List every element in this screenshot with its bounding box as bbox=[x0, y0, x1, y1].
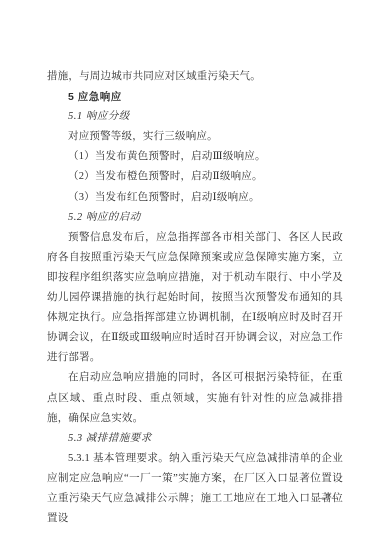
paragraph-continuation: 措施，与周边城市共同应对区域重污染天气。 bbox=[47, 67, 343, 87]
list-item-orange-warning: （2）当发布橙色预警时，启动Ⅱ级响应。 bbox=[47, 167, 343, 187]
paragraph-response-startup: 预警信息发布后，应急指挥部各市相关部门、各区人民政府各自按照重污染天气应急保障预… bbox=[47, 228, 343, 369]
subsection-heading-5-2: 5.2 响应的启动 bbox=[47, 208, 343, 228]
list-item-red-warning: （3）当发布红色预警时，启动Ⅰ级响应。 bbox=[47, 188, 343, 208]
document-page: 措施，与周边城市共同应对区域重污染天气。 5 应急响应 5.1 响应分级 对应预… bbox=[0, 0, 390, 551]
paragraph-response-levels: 对应预警等级，实行三级响应。 bbox=[47, 127, 343, 147]
paragraph-targeted-measures: 在启动应急响应措施的同时，各区可根据污染特征，在重点区域、重点时段、重点领域，实… bbox=[47, 368, 343, 428]
subsection-heading-5-1: 5.1 响应分级 bbox=[47, 107, 343, 127]
list-item-yellow-warning: （1）当发布黄色预警时，启动Ⅲ级响应。 bbox=[47, 147, 343, 167]
subsection-heading-5-3: 5.3 减排措施要求 bbox=[47, 429, 343, 449]
document-content: 措施，与周边城市共同应对区域重污染天气。 5 应急响应 5.1 响应分级 对应预… bbox=[47, 67, 343, 529]
page-number: –7– bbox=[319, 489, 338, 509]
section-heading-5: 5 应急响应 bbox=[47, 87, 343, 107]
paragraph-basic-management: 5.3.1 基本管理要求。纳入重污染天气应急减排清单的企业应制定应急响应“一厂一… bbox=[47, 449, 343, 529]
